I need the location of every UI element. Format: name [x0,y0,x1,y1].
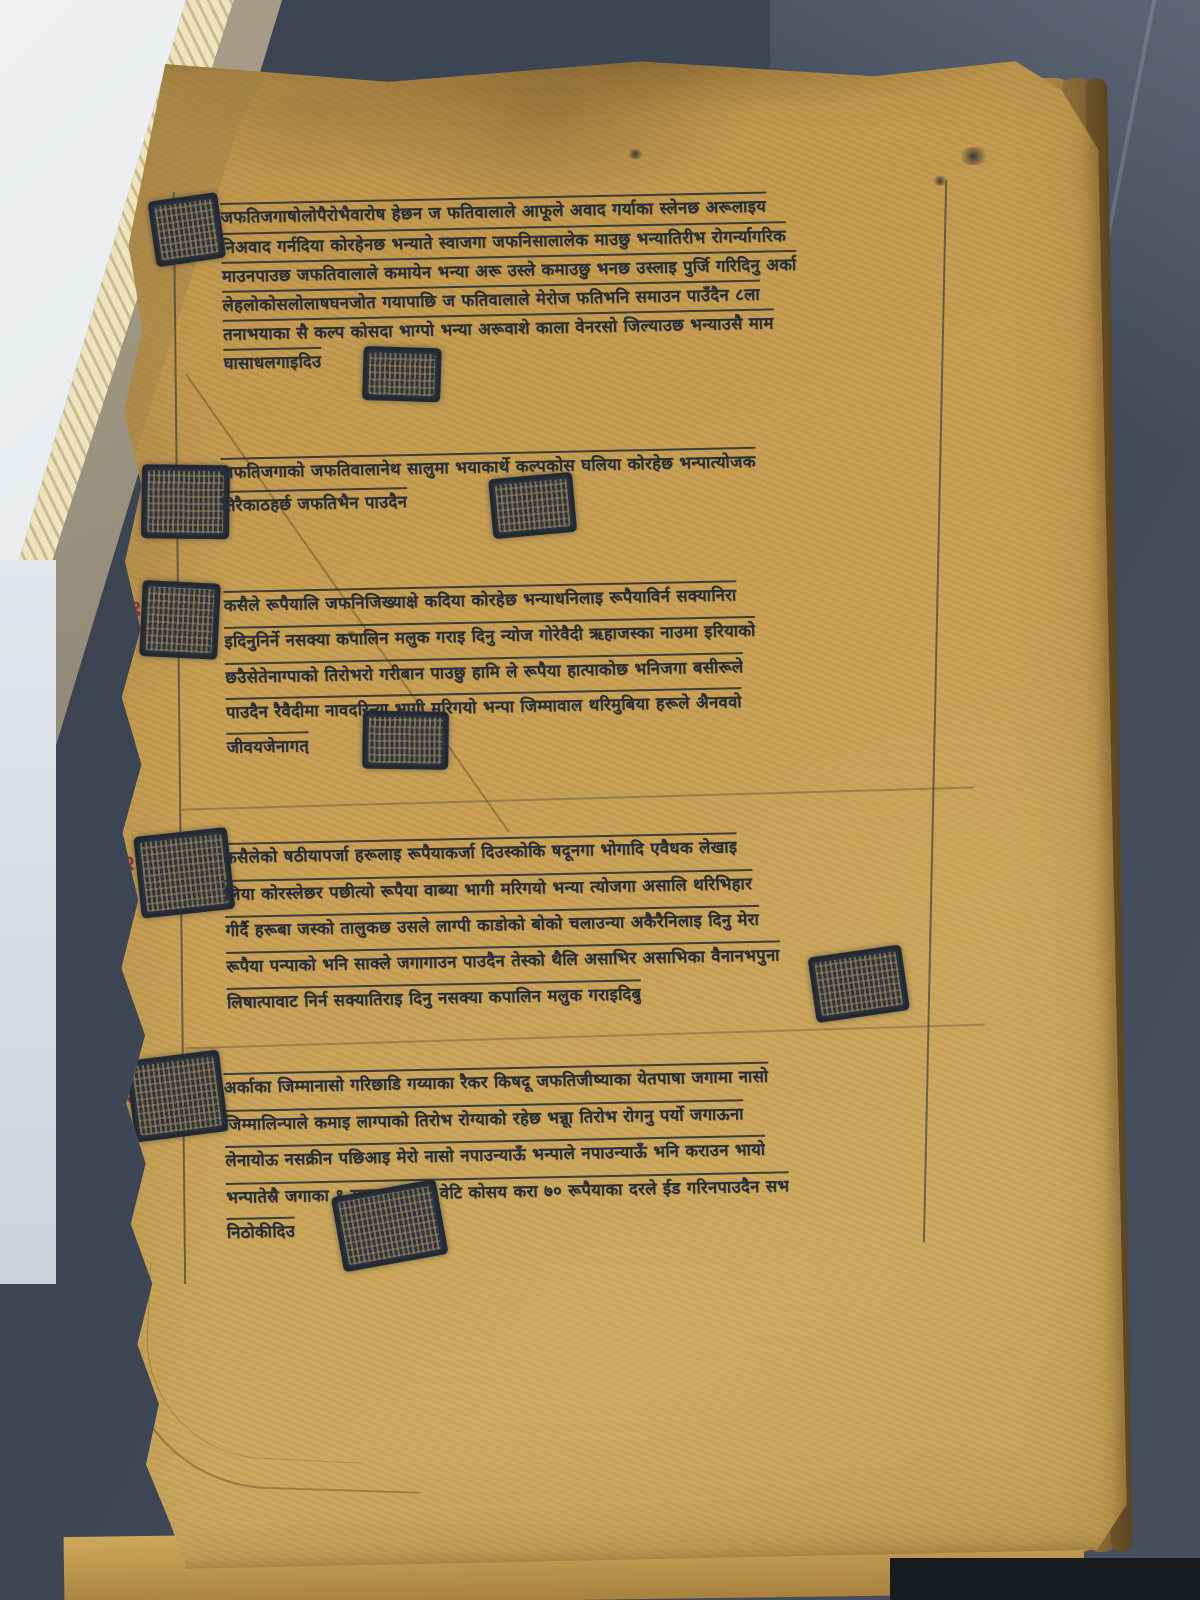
section-number: ३१ [118,594,143,625]
ink-seal-stamp [139,580,221,660]
ink-seal-stamp [808,944,910,1023]
manuscript-text-line: तिरैकाठहर्छ जफतिभैन पाउदैन [221,487,407,523]
ink-seal-stamp [488,472,577,539]
ink-seal-stamp [141,464,230,539]
margin-rule-right [923,180,947,1242]
section-number: ३२ [111,848,138,880]
manuscript-page: २९ जफतिजगाषोलोपैरोभैवारोष हेछन ज फतिवाला… [84,45,1127,1571]
manuscript-text-line: भन्पातेस्रै जगाका १ सालका टल्ली वेटि कोस… [226,1171,790,1215]
ink-seal-stamp [125,1049,229,1142]
manuscript-text-line: पाउदैन रैवैदीमा नावदरिन्या भागी मरिगयो भ… [226,687,743,730]
section-divider-rule [182,787,974,811]
section-divider-rule [185,1024,985,1050]
table-surface-left [0,560,56,1284]
manuscript-text-line: जिम्मालिन्पाले कमाइ लाग्पाको तिरोभ रोग्य… [224,1099,744,1142]
manuscript-text-line: निठोकीदिउ [227,1217,296,1250]
ink-seal-stamp [362,346,442,402]
manuscript-text-line: अर्काका जिम्मानासो गरिछाडि गय्याका रैकर … [223,1062,768,1105]
manuscript-text-line: लिषात्पावाट निर्न सक्यातिराइ दिनु नसक्या… [227,979,642,1020]
manuscript-text-line: कसैले रूपैयालि जफनिजिख्याक्षे कदिया कोरह… [223,580,736,623]
manuscript-text-line: कसैलेको षठीयापर्जा हरूलाइ रूपैयाकर्जा दि… [224,832,738,875]
manuscript-text-line: जीवयजेनागत् [226,731,309,765]
ink-speck [956,147,990,166]
ink-seal-stamp [147,192,226,267]
manuscript-text-line: लिया कोरस्लेछर पछीत्यो रूपैया वाब्या भाग… [224,869,752,912]
manuscript-text-line: रूपैया पन्पाको भनि साक्ले जगागाउन पाउदैन… [226,940,780,984]
ink-seal-stamp [133,827,235,919]
manuscript-text-line: लेनायोऊ नसक्रीन पछिआइ मेरो नासो नपाउन्या… [225,1135,766,1178]
box-shadow-gap [890,1558,1200,1600]
manuscript-text-line: घासाधलगाइदिउ [223,347,321,381]
ink-seal-stamp [362,711,449,770]
photograph-of-manuscript-in-box: २९ जफतिजगाषोलोपैरोभैवारोष हेछन ज फतिवाला… [0,0,1200,1600]
ink-speck [626,149,644,159]
manuscript-text-line: इदिनुनिर्ने नसक्या कपालिन मलुक गराइ दिनु… [224,616,756,659]
